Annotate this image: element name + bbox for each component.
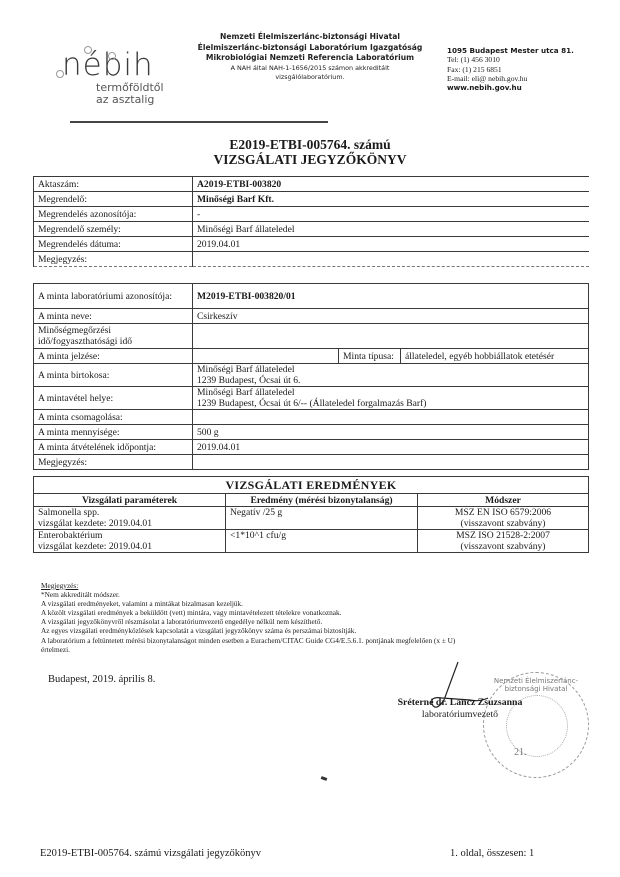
method-name: MSZ ISO 21528-2:2007: [422, 530, 584, 541]
org-lab: Mikrobiológiai Nemzeti Referencia Labora…: [190, 53, 430, 64]
org-accreditation: A NAH által NAH-1-1656/2015 számon akkre…: [190, 64, 430, 74]
table-row: Minőségmegőrzési idő/fogyaszthatósági id…: [34, 324, 589, 349]
contact-website: www.nebih.gov.hu: [447, 83, 617, 92]
value-shelf-life: [193, 324, 589, 349]
signature-block: Sréterné dr. Lancz Zsuzsanna laboratóriu…: [380, 697, 540, 721]
table-row: Megrendelés dátuma: 2019.04.01: [34, 237, 590, 252]
parameter-name: Salmonella spp.: [38, 507, 221, 518]
label-owner: A minta birtokosa:: [34, 364, 193, 387]
value-order-note: [193, 252, 590, 267]
value-owner: Minőségi Barf állateledel 1239 Budapest,…: [193, 364, 589, 387]
table-row: Salmonella spp. vizsgálat kezdete: 2019.…: [34, 507, 589, 530]
table-row: Aktaszám: A2019-ETBI-003820: [34, 177, 590, 192]
parameter-start: vizsgálat kezdete: 2019.04.01: [38, 518, 221, 529]
label-order-id: Megrendelés azonosítója:: [34, 207, 193, 222]
cell-result: <1*10^1 cfu/g: [226, 530, 418, 553]
cell-method: MSZ EN ISO 6579:2006 (visszavont szabván…: [418, 507, 589, 530]
table-row: A minta laboratóriumi azonosítója: M2019…: [34, 284, 589, 309]
col-header-parameter: Vizsgálati paraméterek: [34, 494, 226, 507]
value-order-id: -: [193, 207, 590, 222]
col-header-result: Eredmény (mérési bizonytalanság): [226, 494, 418, 507]
table-row: A minta átvételének időpontja: 2019.04.0…: [34, 440, 589, 455]
note-line: *Nem akkreditált módszer.: [41, 590, 611, 599]
nebih-logo: nébih termőföldtől az asztalig: [48, 48, 178, 118]
label-client: Megrendelő:: [34, 192, 193, 207]
contact-fax: Fax: (1) 215 6851: [447, 65, 617, 74]
value-lab-id: M2019-ETBI-003820/01: [193, 284, 589, 309]
place-date: Budapest, 2019. április 8.: [48, 674, 155, 685]
signer-role: laboratóriumvezető: [380, 709, 540, 721]
location-line: Minőségi Barf állateledel: [197, 387, 584, 398]
order-table: Aktaszám: A2019-ETBI-003820 Megrendelő: …: [33, 176, 589, 267]
table-row: A mintavétel helye: Minőségi Barf állate…: [34, 387, 589, 410]
value-sample-name: Csirkeszív: [193, 309, 589, 324]
notes-block: Megjegyzés: *Nem akkreditált módszer. A …: [41, 581, 611, 654]
label-sample-note: Megjegyzés:: [34, 455, 193, 470]
value-quantity: 500 g: [193, 425, 589, 440]
notes-heading: Megjegyzés:: [41, 581, 611, 590]
table-row: Megrendelő: Minőségi Barf Kft.: [34, 192, 590, 207]
logo-bubble-icon: [108, 52, 116, 60]
value-client: Minőségi Barf Kft.: [193, 192, 590, 207]
label-received: A minta átvételének időpontja:: [34, 440, 193, 455]
org-accreditation-2: vizsgálólaboratórium.: [190, 73, 430, 83]
stamp-number: 21.: [514, 747, 527, 758]
note-line: értelmezi.: [41, 645, 611, 654]
note-line: Az egyes vizsgálati eredményközlések kap…: [41, 626, 611, 635]
results-title-row: VIZSGÁLATI EREDMÉNYEK: [34, 477, 589, 494]
label-marking: A minta jelzése:: [34, 349, 193, 364]
table-row: Megrendelés azonosítója: -: [34, 207, 590, 222]
contact-address: 1095 Budapest Mester utca 81.: [447, 46, 617, 55]
cell-method: MSZ ISO 21528-2:2007 (visszavont szabván…: [418, 530, 589, 553]
org-name: Nemzeti Élelmiszerlánc-biztonsági Hivata…: [190, 32, 430, 43]
col-header-method: Módszer: [418, 494, 589, 507]
org-directorate: Élelmiszerlánc-biztonsági Laboratórium I…: [190, 43, 430, 54]
note-line: A vizsgálati eredményeket, valamint a mi…: [41, 599, 611, 608]
value-sampling-location: Minőségi Barf állateledel 1239 Budapest,…: [193, 387, 589, 410]
label-client-person: Megrendelő személy:: [34, 222, 193, 237]
method-note: (visszavont szabvány): [422, 518, 584, 529]
table-row: A minta mennyisége: 500 g: [34, 425, 589, 440]
parameter-name: Enterobaktérium: [38, 530, 221, 541]
contact-email: E-mail: eli@ nebih.gov.hu: [447, 74, 617, 83]
results-table: VIZSGÁLATI EREDMÉNYEK Vizsgálati paramét…: [33, 476, 589, 553]
owner-line: Minőségi Barf állateledel: [197, 364, 584, 375]
scan-mark: [321, 776, 328, 781]
label-case-number: Aktaszám:: [34, 177, 193, 192]
label-order-date: Megrendelés dátuma:: [34, 237, 193, 252]
logo-bubble-icon: [84, 46, 92, 54]
note-line: A vizsgálati jegyzőkönyvről részmásolat …: [41, 617, 611, 626]
footer-page-number: 1. oldal, összesen: 1: [450, 848, 534, 859]
cell-result: Negatív /25 g: [226, 507, 418, 530]
value-client-person: Minőségi Barf állateledel: [193, 222, 590, 237]
value-packaging: [193, 410, 589, 425]
logo-bubble-icon: [56, 70, 64, 78]
organization-block: Nemzeti Élelmiszerlánc-biztonsági Hivata…: [190, 32, 430, 83]
table-row: Enterobaktérium vizsgálat kezdete: 2019.…: [34, 530, 589, 553]
label-lab-id: A minta laboratóriumi azonosítója:: [34, 284, 193, 309]
owner-line: 1239 Budapest, Ócsai út 6.: [197, 375, 584, 386]
tagline-line: az asztalig: [96, 94, 164, 106]
table-row: Megjegyzés:: [34, 455, 589, 470]
note-line: A közölt vizsgálati eredmények a beküldö…: [41, 608, 611, 617]
value-received: 2019.04.01: [193, 440, 589, 455]
value-marking: [193, 349, 339, 364]
footer-document-ref: E2019-ETBI-005764. számú vizsgálati jegy…: [40, 848, 261, 859]
cell-parameter: Enterobaktérium vizsgálat kezdete: 2019.…: [34, 530, 226, 553]
location-line: 1239 Budapest, Ócsai út 6/-- (Állatelede…: [197, 398, 584, 409]
method-note: (visszavont szabvány): [422, 541, 584, 552]
label-sampling-location: A mintavétel helye:: [34, 387, 193, 410]
official-stamp: Nemzeti Élelmiszerlánc-biztonsági Hivata…: [483, 672, 589, 778]
label-sample-type: Minta típusa:: [339, 349, 401, 364]
table-row: Megrendelő személy: Minőségi Barf állate…: [34, 222, 590, 237]
value-sample-type: állateledel, egyéb hobbiállatok etetésér: [401, 349, 589, 364]
note-line: A laboratórium a feltüntetett mérési biz…: [41, 636, 611, 645]
label-shelf-life: Minőségmegőrzési idő/fogyaszthatósági id…: [34, 324, 193, 349]
table-row: A minta birtokosa: Minőségi Barf állatel…: [34, 364, 589, 387]
table-row: Megjegyzés:: [34, 252, 590, 267]
label-quantity: A minta mennyisége:: [34, 425, 193, 440]
signer-name: Sréterné dr. Lancz Zsuzsanna: [380, 697, 540, 709]
table-row: A minta csomagolása:: [34, 410, 589, 425]
method-name: MSZ EN ISO 6579:2006: [422, 507, 584, 518]
cell-parameter: Salmonella spp. vizsgálat kezdete: 2019.…: [34, 507, 226, 530]
label-packaging: A minta csomagolása:: [34, 410, 193, 425]
parameter-start: vizsgálat kezdete: 2019.04.01: [38, 541, 221, 552]
stamp-text: Nemzeti Élelmiszerlánc-biztonsági Hivata…: [484, 677, 588, 693]
label-order-note: Megjegyzés:: [34, 252, 193, 267]
value-case-number: A2019-ETBI-003820: [193, 177, 590, 192]
value-order-date: 2019.04.01: [193, 237, 590, 252]
document-number: E2019-ETBI-005764. számú: [0, 137, 620, 152]
document-title: VIZSGÁLATI JEGYZŐKÖNYV: [0, 152, 620, 167]
header-divider: [70, 121, 328, 123]
contact-block: 1095 Budapest Mester utca 81. Tel: (1) 4…: [447, 46, 617, 92]
sample-table: A minta laboratóriumi azonosítója: M2019…: [33, 283, 589, 470]
table-row: A minta jelzése: Minta típusa: állateled…: [34, 349, 589, 364]
results-title: VIZSGÁLATI EREDMÉNYEK: [34, 477, 589, 494]
contact-tel: Tel: (1) 456 3010: [447, 55, 617, 64]
label-sample-name: A minta neve:: [34, 309, 193, 324]
table-row: A minta neve: Csirkeszív: [34, 309, 589, 324]
value-sample-note: [193, 455, 589, 470]
results-header-row: Vizsgálati paraméterek Eredmény (mérési …: [34, 494, 589, 507]
logo-tagline: termőföldtől az asztalig: [96, 82, 164, 106]
